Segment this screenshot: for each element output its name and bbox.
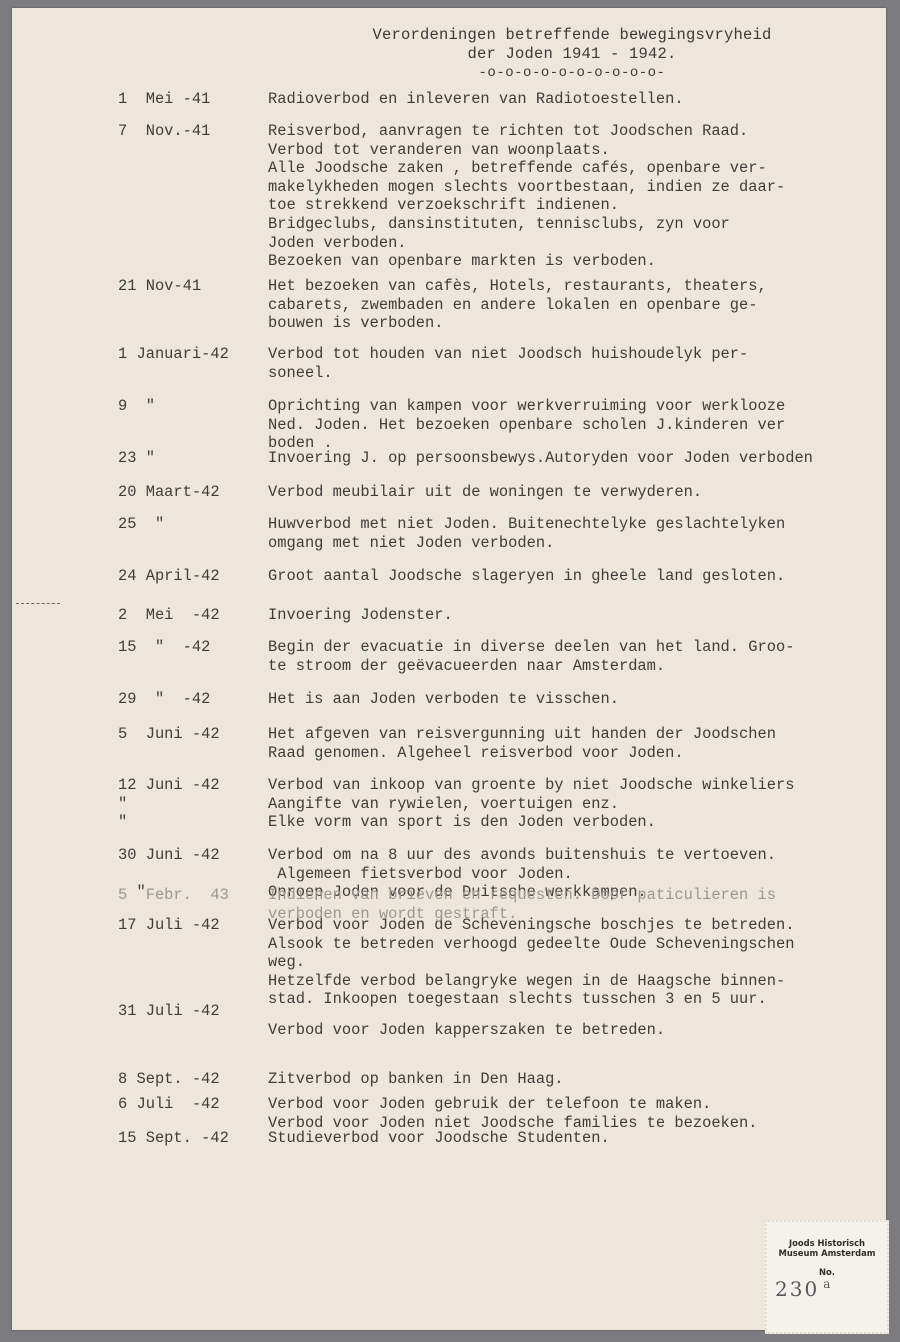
entry-date: 17 Juli -42 <box>118 916 268 1009</box>
regulation-entry: 7 Nov.-41Reisverbod, aanvragen te richte… <box>118 122 888 271</box>
regulation-entry: 20 Maart-42Verbod meubilair uit de wonin… <box>118 483 888 502</box>
regulation-entry: 25 "Huwverbod met niet Joden. Buitenecht… <box>118 515 888 552</box>
regulation-entry: 21 Nov-41Het bezoeken van cafès, Hotels,… <box>118 277 888 333</box>
entry-date: 1 Januari-42 <box>118 345 268 382</box>
regulation-entry: 6 Juli -42Verbod voor Joden gebruik der … <box>118 1095 888 1132</box>
regulation-entry: 9 "Oprichting van kampen voor werkverrui… <box>118 397 888 453</box>
regulation-entry: 23 "Invoering J. op persoonsbewys.Autory… <box>118 449 888 468</box>
entry-text: Het is aan Joden verboden te visschen. <box>268 690 888 709</box>
document-page: Verordeningen betreffende bewegingsvryhe… <box>12 8 886 1330</box>
entry-text: Verbod meubilair uit de woningen te verw… <box>268 483 888 502</box>
entry-text: Het afgeven van reisvergunning uit hande… <box>268 725 888 762</box>
regulation-entry: 31 Juli -42 Verbod voor Joden kapperszak… <box>118 1002 888 1039</box>
stamp-museum-name: Joods Historisch Museum Amsterdam <box>767 1238 887 1258</box>
stamp-handwritten-number: 230a <box>775 1277 887 1301</box>
entry-date: 12 Juni -42 " " <box>118 776 268 832</box>
document-title-line-1: Verordeningen betreffende bewegingsvryhe… <box>332 26 812 45</box>
regulation-entry: 8 Sept. -42Zitverbod op banken in Den Ha… <box>118 1070 888 1089</box>
entry-date: 7 Nov.-41 <box>118 122 268 271</box>
entry-date: 2 Mei -42 <box>118 606 268 625</box>
entry-text: Studieverbod voor Joodsche Studenten. <box>268 1129 888 1148</box>
regulation-entry: 29 " -42Het is aan Joden verboden te vis… <box>118 690 888 709</box>
margin-pencil-mark <box>16 603 60 604</box>
regulation-entry: 5 Juni -42Het afgeven van reisvergunning… <box>118 725 888 762</box>
stamp-no-label: No. <box>767 1267 887 1277</box>
regulation-entry: 15 Sept. -42Studieverbod voor Joodsche S… <box>118 1129 888 1148</box>
entry-text: Invoering J. op persoonsbewys.Autoryden … <box>268 449 888 468</box>
museum-stamp-label: Joods Historisch Museum Amsterdam No. 23… <box>765 1220 889 1334</box>
entry-text: Huwverbod met niet Joden. Buitenechtelyk… <box>268 515 888 552</box>
entry-text: Indienen van brieven en requesten. Door … <box>268 886 888 923</box>
stamp-number: 230 <box>775 1277 819 1301</box>
entry-text: Het bezoeken van cafès, Hotels, restaura… <box>268 277 888 333</box>
entry-date: 5 Febr. 43 <box>118 886 268 923</box>
entry-date: 24 April-42 <box>118 567 268 586</box>
entry-date: 21 Nov-41 <box>118 277 268 333</box>
entry-text: Zitverbod op banken in Den Haag. <box>268 1070 888 1089</box>
regulation-entry: 1 Mei -41Radioverbod en inleveren van Ra… <box>118 90 888 109</box>
entry-date: 15 Sept. -42 <box>118 1129 268 1148</box>
entry-date: 15 " -42 <box>118 638 268 675</box>
regulation-entry: 17 Juli -42Verbod voor Joden de Scheveni… <box>118 916 888 1009</box>
entry-date: 9 " <box>118 397 268 453</box>
entry-text: Begin der evacuatie in diverse deelen va… <box>268 638 888 675</box>
entry-text: Radioverbod en inleveren van Radiotoeste… <box>268 90 888 109</box>
document-header: Verordeningen betreffende bewegingsvryhe… <box>12 26 886 83</box>
entry-date: 29 " -42 <box>118 690 268 709</box>
entry-text: Verbod voor Joden de Scheveningsche bosc… <box>268 916 888 1009</box>
entry-text: Verbod tot houden van niet Joodsch huish… <box>268 345 888 382</box>
stamp-number-suffix: a <box>823 1277 832 1291</box>
entry-text: Verbod voor Joden gebruik der telefoon t… <box>268 1095 888 1132</box>
entry-date: 31 Juli -42 <box>118 1002 268 1039</box>
entry-text: Verbod voor Joden kapperszaken te betred… <box>268 1002 888 1039</box>
regulation-entry: 24 April-42Groot aantal Joodsche slagery… <box>118 567 888 586</box>
entry-text: Groot aantal Joodsche slageryen in gheel… <box>268 567 888 586</box>
entry-date: 23 " <box>118 449 268 468</box>
regulation-entry: 15 " -42Begin der evacuatie in diverse d… <box>118 638 888 675</box>
regulation-entry: 5 Febr. 43Indienen van brieven en reques… <box>118 886 888 923</box>
stamp-line-2: Museum Amsterdam <box>767 1248 887 1258</box>
regulation-entry: 12 Juni -42 " "Verbod van inkoop van gro… <box>118 776 888 832</box>
entry-date: 20 Maart-42 <box>118 483 268 502</box>
regulation-entry: 2 Mei -42Invoering Jodenster. <box>118 606 888 625</box>
entry-text: Reisverbod, aanvragen te richten tot Joo… <box>268 122 888 271</box>
stamp-line-1: Joods Historisch <box>767 1238 887 1248</box>
entry-date: 6 Juli -42 <box>118 1095 268 1132</box>
document-title-line-2: der Joden 1941 - 1942. <box>332 45 812 64</box>
entry-text: Verbod van inkoop van groente by niet Jo… <box>268 776 888 832</box>
entry-date: 5 Juni -42 <box>118 725 268 762</box>
title-separator: -o-o-o-o-o-o-o-o-o-o- <box>332 64 812 83</box>
regulation-entry: 1 Januari-42Verbod tot houden van niet J… <box>118 345 888 382</box>
entry-text: Oprichting van kampen voor werkverruimin… <box>268 397 888 453</box>
entry-date: 1 Mei -41 <box>118 90 268 109</box>
entry-date: 8 Sept. -42 <box>118 1070 268 1089</box>
entry-date: 25 " <box>118 515 268 552</box>
entry-text: Invoering Jodenster. <box>268 606 888 625</box>
